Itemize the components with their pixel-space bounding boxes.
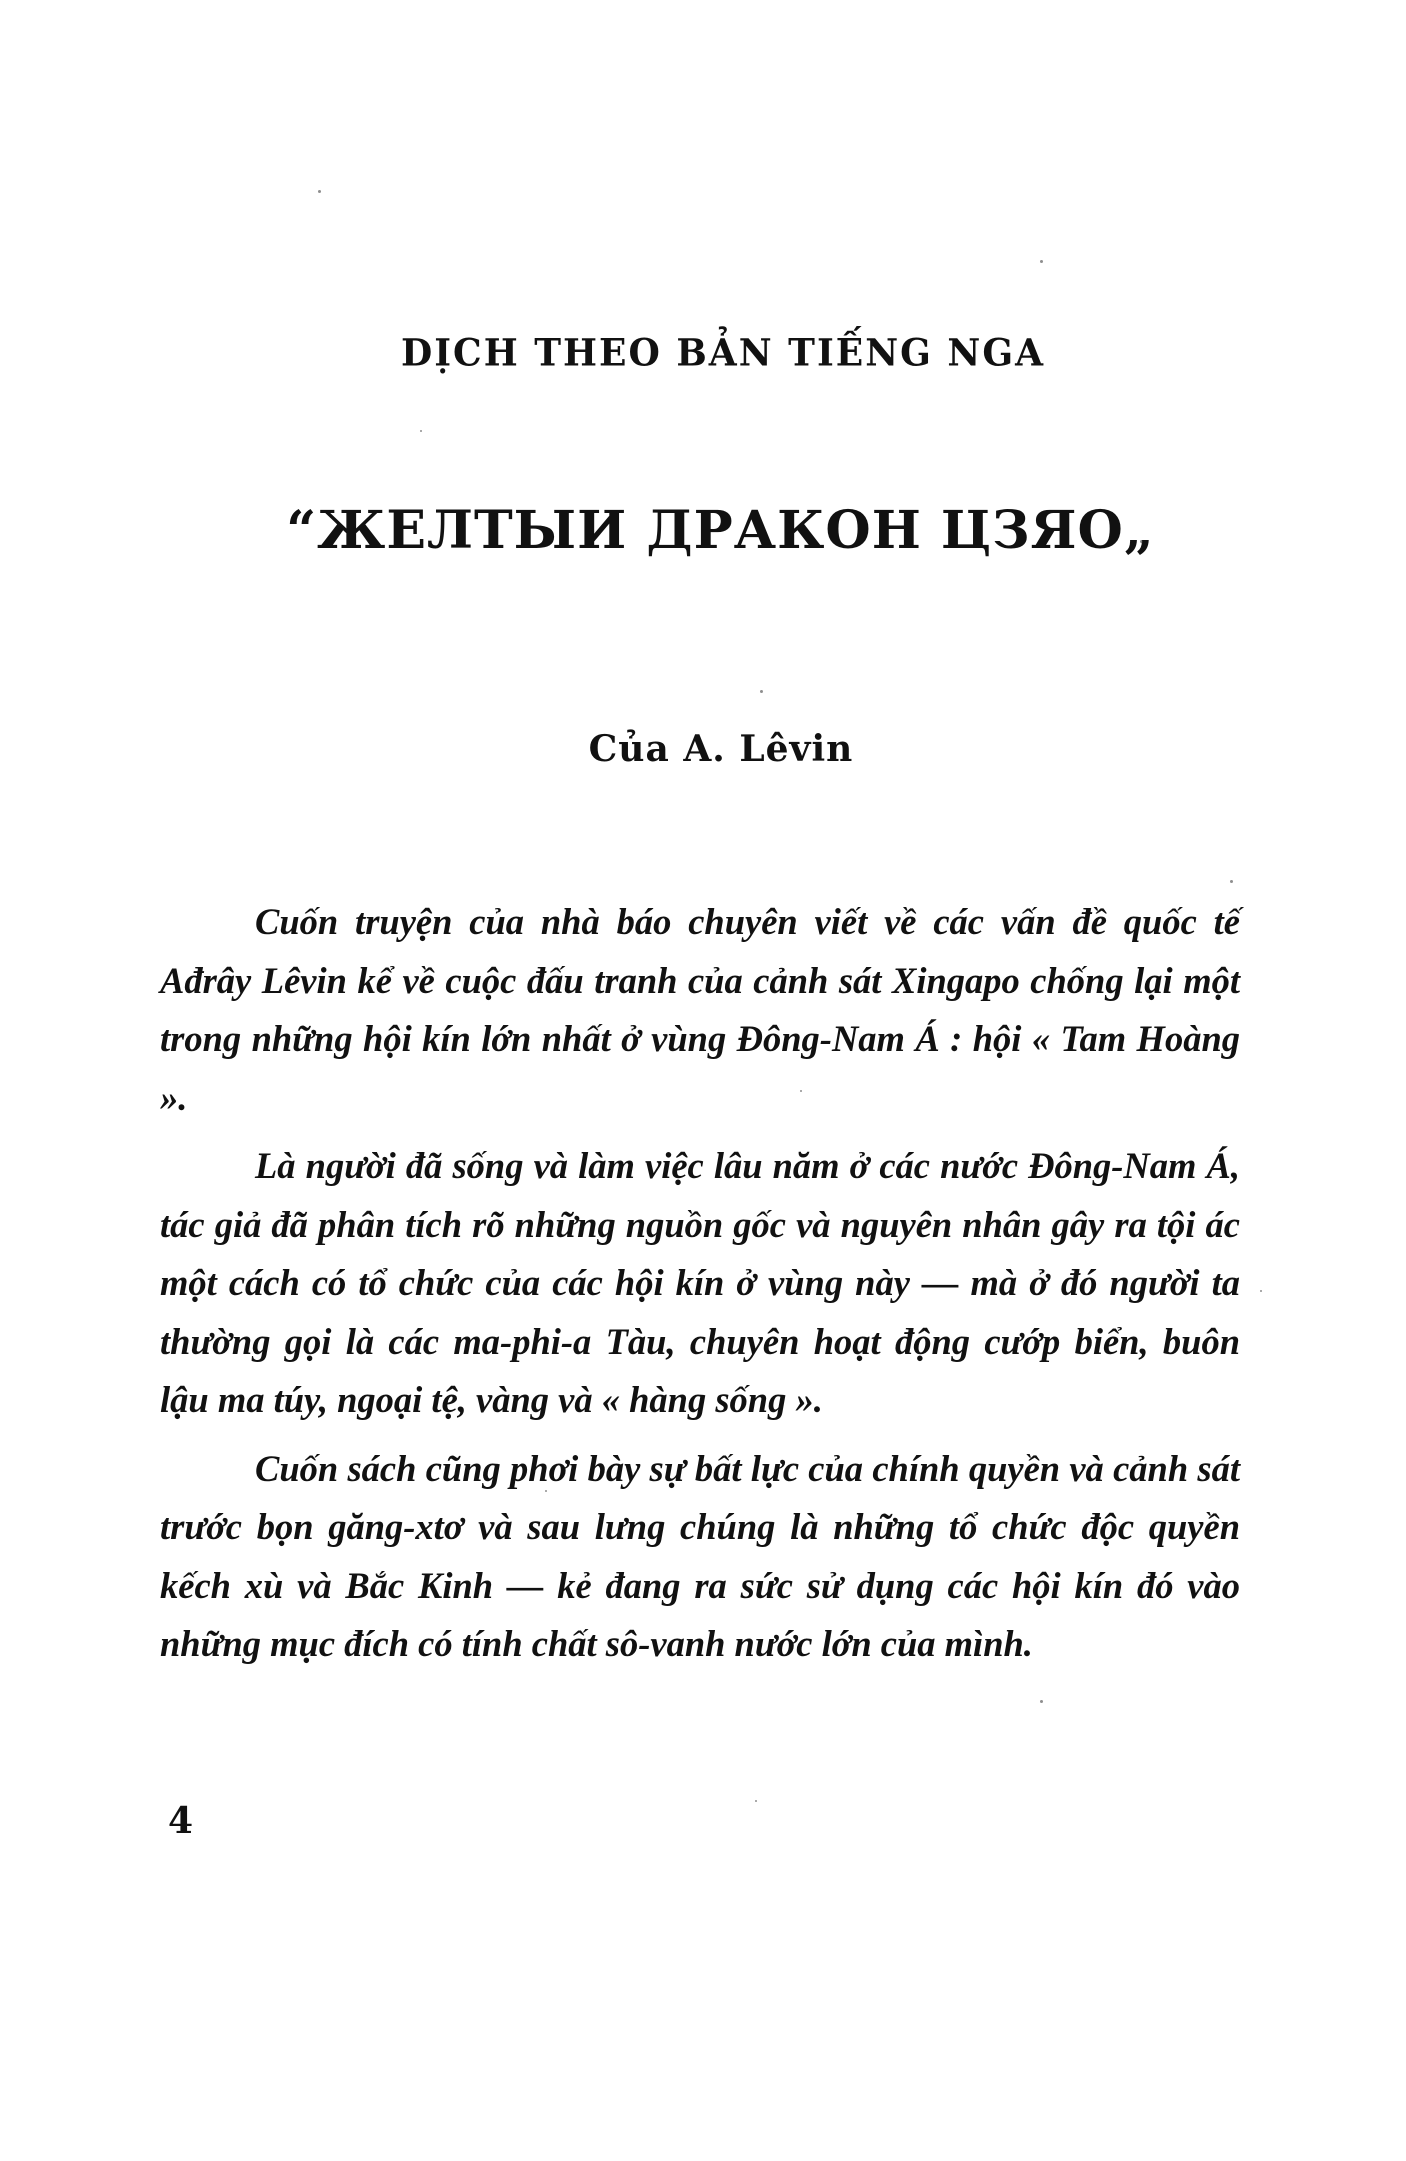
scan-speck [1140, 540, 1143, 543]
scan-speck [318, 190, 321, 193]
scan-speck [1260, 1290, 1262, 1292]
scan-speck [420, 430, 422, 432]
author-credit: Của A. Lêvin [0, 728, 1406, 770]
scan-speck [1040, 260, 1043, 263]
scan-speck [545, 1490, 547, 1492]
scan-speck [1040, 1700, 1043, 1703]
page-number: 4 [168, 1800, 193, 1842]
synopsis-paragraph-1: Cuốn truyện của nhà báo chuyên viết về c… [160, 893, 1240, 1127]
scan-speck [1230, 880, 1233, 883]
synopsis-paragraph-3: Cuốn sách cũng phơi bày sự bất lực của c… [160, 1440, 1240, 1674]
translation-source-heading: DỊCH THEO BẢN TIẾNG NGA [0, 331, 1406, 375]
scan-speck [760, 690, 763, 693]
synopsis-paragraph-2: Là người đã sống và làm việc lâu năm ở c… [160, 1137, 1240, 1430]
synopsis-text: Cuốn truyện của nhà báo chuyên viết về c… [160, 893, 1240, 1674]
scan-speck [800, 1090, 802, 1092]
scan-speck [755, 1800, 757, 1802]
book-page: DỊCH THEO BẢN TIẾNG NGA “ЖЕЛТЫИ ДРАКОН Ц… [0, 0, 1406, 2161]
original-russian-title: “ЖЕЛТЫИ ДРАКОН ЦЗЯО„ [0, 500, 1406, 561]
